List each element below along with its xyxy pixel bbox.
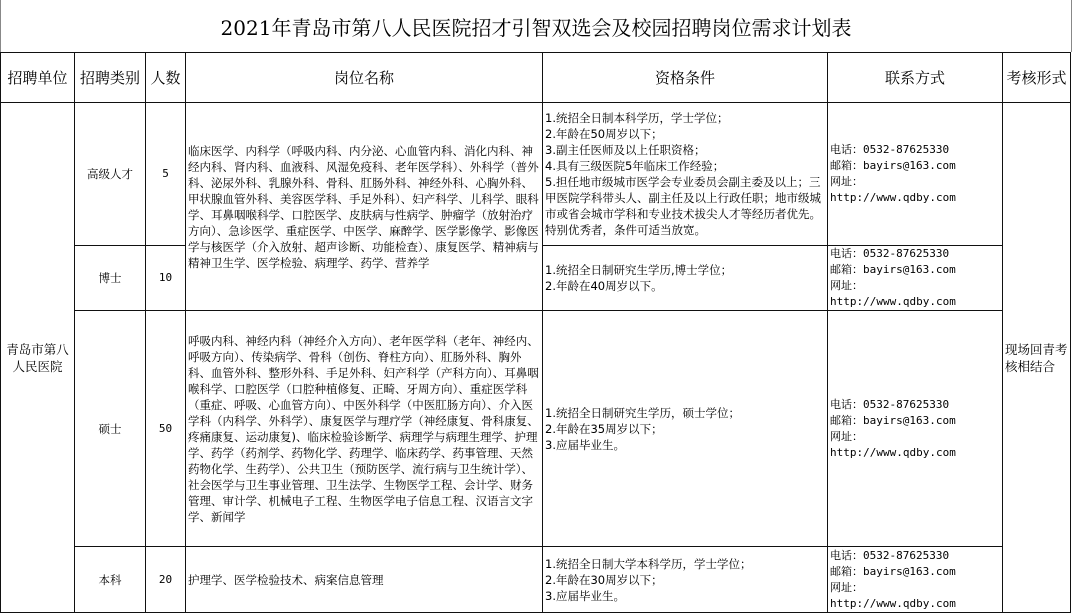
contact-cell: 电话：0532-87625330 邮箱：bayirs@163.com 网址： h… (828, 311, 1003, 547)
category-cell: 本科 (75, 547, 146, 613)
qualifications-cell: 1.统招全日制研究生学历，硕士学位； 2.年龄在35周岁以下； 3.应届毕业生。 (543, 311, 828, 547)
contact-cell: 电话：0532-87625330 邮箱：bayirs@163.com 网址： h… (828, 547, 1003, 613)
category-cell: 博士 (75, 246, 146, 311)
header-positions: 岗位名称 (186, 53, 543, 103)
positions-cell: 临床医学、内科学（呼吸内科、内分泌、心血管内科、消化内科、神经内科、肾内科、血液… (186, 103, 543, 311)
header-contact: 联系方式 (828, 53, 1003, 103)
count-cell: 10 (146, 246, 186, 311)
table-row: 青岛市第八人民医院 高级人才 5 临床医学、内科学（呼吸内科、内分泌、心血管内科… (1, 103, 1071, 246)
header-row: 招聘单位 招聘类别 人数 岗位名称 资格条件 联系方式 考核形式 (1, 53, 1071, 103)
header-unit: 招聘单位 (1, 53, 75, 103)
header-category: 招聘类别 (75, 53, 146, 103)
exam-form-cell: 现场回青考核相结合 (1003, 103, 1071, 613)
contact-cell: 电话：0532-87625330 邮箱：bayirs@163.com 网址： h… (828, 103, 1003, 246)
page-title: 2021年青岛市第八人民医院招才引智双选会及校园招聘岗位需求计划表 (0, 0, 1072, 52)
qualifications-cell: 1.统招全日制大学本科学历，学士学位； 2.年龄在30周岁以下； 3.应届毕业生… (543, 547, 828, 613)
qualifications-cell: 1.统招全日制本科学历，学士学位； 2.年龄在50周岁以下； 3.副主任医师及以… (543, 103, 828, 246)
count-cell: 20 (146, 547, 186, 613)
category-cell: 高级人才 (75, 103, 146, 246)
positions-cell: 护理学、医学检验技术、病案信息管理 (186, 547, 543, 613)
table-row: 本科 20 护理学、医学检验技术、病案信息管理 1.统招全日制大学本科学历，学士… (1, 547, 1071, 613)
count-cell: 5 (146, 103, 186, 246)
header-count: 人数 (146, 53, 186, 103)
positions-cell: 呼吸内科、神经内科（神经介入方向）、老年医学科（老年、神经内、呼吸方向）、传染病… (186, 311, 543, 547)
recruitment-table: 招聘单位 招聘类别 人数 岗位名称 资格条件 联系方式 考核形式 青岛市第八人民… (0, 52, 1071, 613)
qualifications-cell: 1.统招全日制研究生学历,博士学位； 2.年龄在40周岁以下。 (543, 246, 828, 311)
contact-cell: 电话：0532-87625330 邮箱：bayirs@163.com 网址： h… (828, 246, 1003, 311)
count-cell: 50 (146, 311, 186, 547)
table-row: 硕士 50 呼吸内科、神经内科（神经介入方向）、老年医学科（老年、神经内、呼吸方… (1, 311, 1071, 547)
unit-cell: 青岛市第八人民医院 (1, 103, 75, 613)
header-qualifications: 资格条件 (543, 53, 828, 103)
header-exam: 考核形式 (1003, 53, 1071, 103)
category-cell: 硕士 (75, 311, 146, 547)
